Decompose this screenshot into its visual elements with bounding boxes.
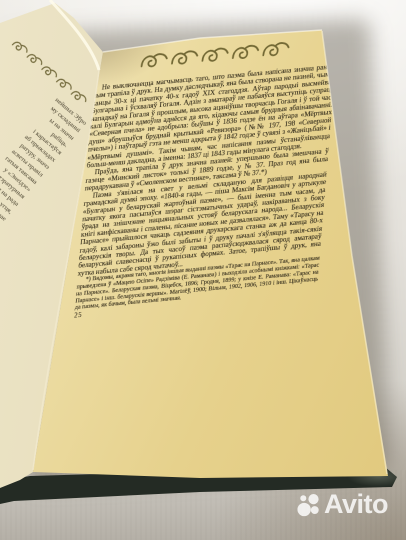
avito-logo-icon: [296, 492, 321, 517]
book-photo-scene: нейшых Эўрому складанніы на значнрабіць.…: [0, 0, 406, 540]
avito-watermark: Avito: [296, 491, 388, 518]
right-page-content: Не выключаецца магчымасць таго, што паэм…: [74, 34, 339, 319]
avito-wordmark: Avito: [324, 491, 388, 518]
